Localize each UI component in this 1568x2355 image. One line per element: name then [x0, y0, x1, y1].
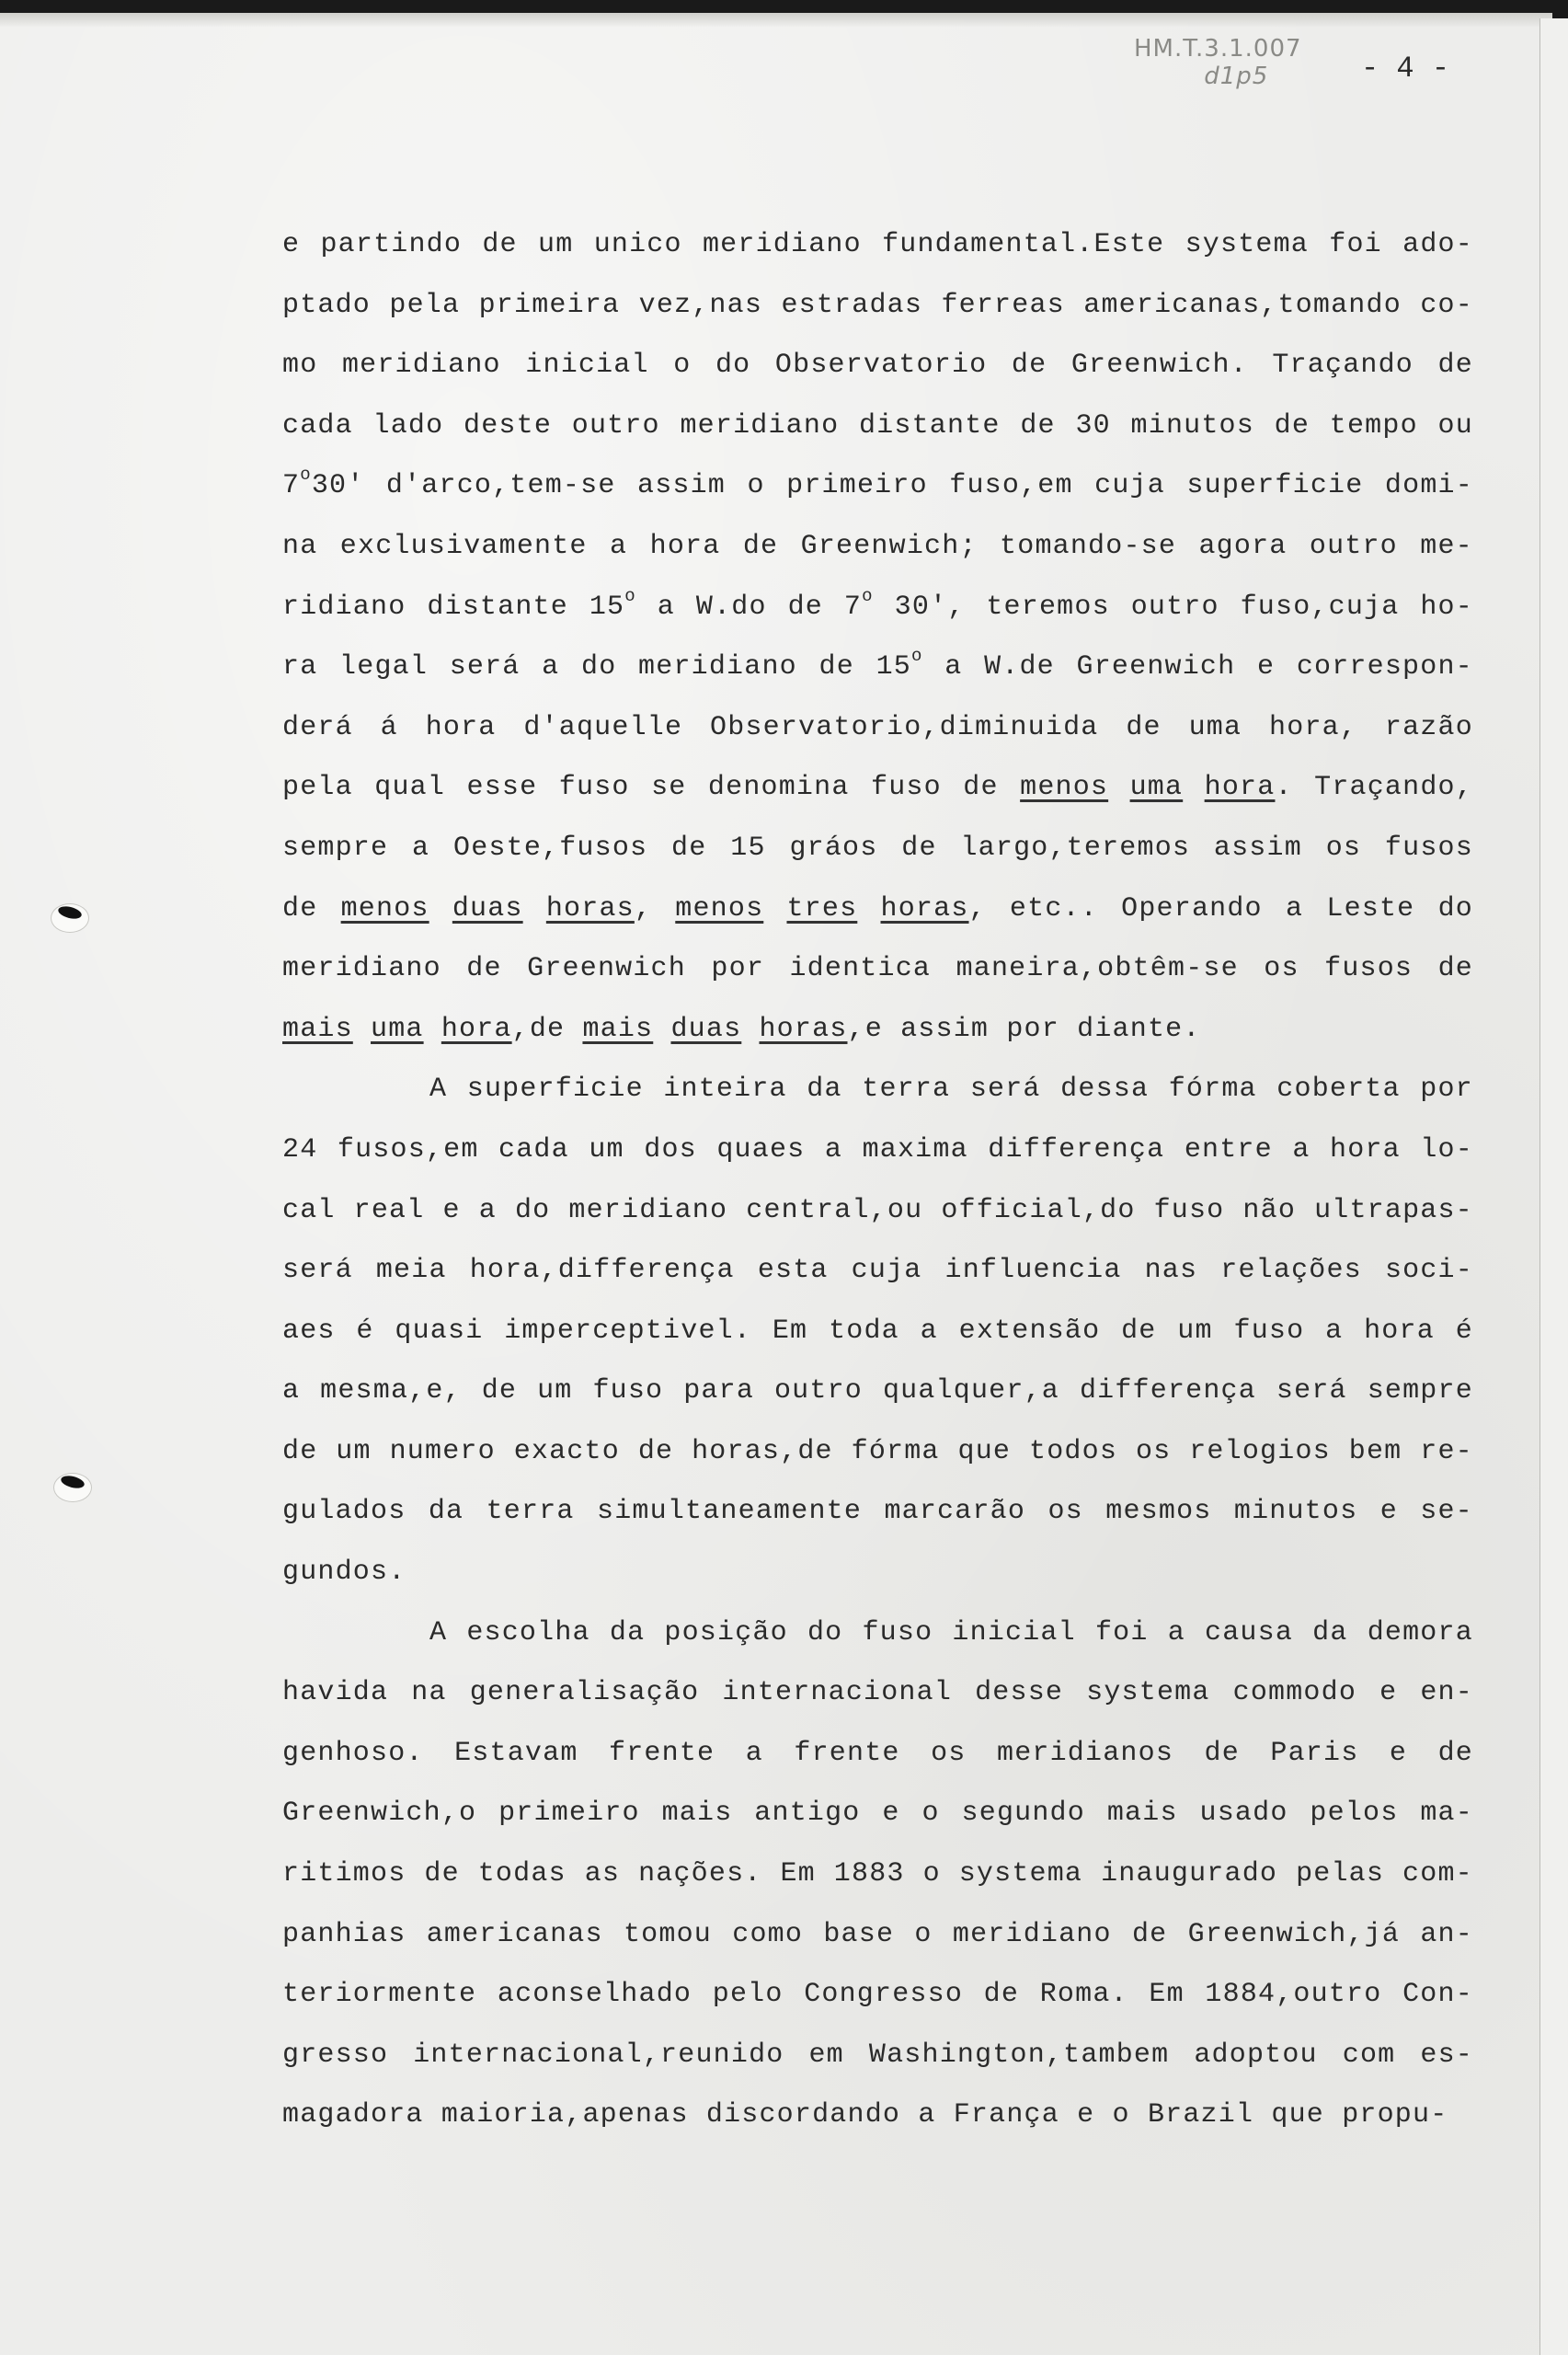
word: systema [1086, 1663, 1209, 1724]
word: horas, [881, 879, 987, 940]
word: escolha [466, 1603, 589, 1664]
word: minutos [1234, 1482, 1357, 1543]
word: adoptou [1194, 2026, 1317, 2086]
word: agora [1198, 517, 1287, 578]
text-line-content: naexclusivamenteahoradeGreenwich;tomando… [282, 517, 1473, 578]
text-line: derááhorad'aquelleObservatorio,diminuida… [282, 698, 1473, 759]
word: horas,de [692, 1422, 833, 1483]
word: hora. [1205, 758, 1293, 819]
word: com [1343, 2026, 1396, 2086]
word: Oeste,fusos [453, 819, 647, 879]
text-line: genhoso.Estavamfrenteafrenteosmeridianos… [282, 1724, 1473, 1785]
word: A [429, 1603, 447, 1664]
word: official,do [941, 1181, 1135, 1242]
word: de [819, 638, 854, 698]
word: de [1121, 1302, 1156, 1362]
word: meridiano [680, 396, 839, 457]
word: outro [1131, 578, 1219, 638]
word: meridiano [282, 939, 441, 1000]
underlined-word: tres [786, 893, 857, 925]
word: 1883 [834, 1844, 905, 1905]
word: fuso,em [949, 456, 1072, 517]
word: usado [1200, 1784, 1288, 1844]
word: a [479, 1181, 497, 1242]
word: os [1047, 1482, 1082, 1543]
text-line-content: ptadopelaprimeiravez,nasestradasferreasa… [282, 276, 1473, 337]
word: a [542, 638, 559, 698]
word: dos [644, 1120, 697, 1181]
word: fusos [1385, 819, 1473, 879]
word: esse [467, 758, 538, 819]
word: lado [373, 396, 444, 457]
text-line: Asuperficieinteiradaterraserádessafórmac… [282, 1060, 1473, 1120]
word: de [282, 879, 317, 940]
word: soci- [1385, 1241, 1473, 1302]
text-line: amesma,e,deumfusoparaoutroqualquer,adiff… [282, 1361, 1473, 1422]
word: superficie [467, 1060, 644, 1120]
word: por [1420, 1060, 1473, 1120]
word: a [282, 1361, 300, 1422]
word: estradas [781, 276, 922, 337]
word: 30', [895, 578, 966, 638]
word: os [931, 1724, 966, 1785]
typewritten-body-text: epartindodeumunicomeridianofundamental.E… [282, 215, 1473, 2146]
word: e [882, 1784, 899, 1844]
text-line-content: panhiasamericanastomoucomobaseomeridiano… [282, 1905, 1473, 1966]
word: cada [282, 396, 353, 457]
word: uma [1130, 758, 1184, 819]
word: de [984, 1965, 1019, 2026]
word: qualquer,a [883, 1361, 1059, 1422]
text-line-content: amesma,e,deumfusoparaoutroqualquer,adiff… [282, 1361, 1473, 1422]
word: inicial [525, 336, 648, 396]
word: fundamental.Este [882, 215, 1164, 276]
word: toda [829, 1302, 899, 1362]
underlined-word: menos [675, 893, 763, 925]
word: do [807, 1603, 842, 1664]
word: 1884,outro [1205, 1965, 1381, 2026]
word: um [589, 1120, 624, 1181]
word: de [482, 215, 517, 276]
word: meridiano [638, 638, 797, 698]
word: W.de [984, 638, 1055, 698]
degree-superscript: o [624, 586, 636, 606]
word: o [673, 336, 691, 396]
word: Greenwich. [1071, 336, 1248, 396]
text-line: epartindodeumunicomeridianofundamental.E… [282, 215, 1473, 276]
underlined-word: duas [670, 1014, 741, 1045]
underlined-word: menos [1020, 772, 1108, 803]
word: não [1242, 1181, 1296, 1242]
word: aconselhado [498, 1965, 692, 2026]
word: mais [662, 1784, 733, 1844]
word: de [424, 1844, 459, 1905]
word: sempre [1368, 1361, 1473, 1422]
word: ado- [1402, 215, 1473, 276]
word: superficie [1186, 456, 1363, 517]
word: exclusivamente [340, 517, 588, 578]
word: influencia [945, 1241, 1122, 1302]
word: inteira [663, 1060, 786, 1120]
word: razão [1385, 698, 1473, 759]
word: terra [486, 1482, 575, 1543]
word: hora, [1269, 698, 1357, 759]
text-line: ritimosdetodasasnações.Em1883osystemaina… [282, 1844, 1473, 1905]
text-line: panhiasamericanastomoucomobaseomeridiano… [282, 1905, 1473, 1966]
word: a [1286, 879, 1303, 940]
word: tempo [1330, 396, 1418, 457]
word: fuso [862, 1603, 933, 1664]
word: da [610, 1603, 645, 1664]
word: ritimos [282, 1844, 406, 1905]
word: outro [774, 1361, 863, 1422]
word: systema [959, 1844, 1082, 1905]
word: Traçando, [1314, 758, 1473, 819]
word: unico [594, 215, 682, 276]
underlined-word: uma [371, 1014, 424, 1045]
word: panhias [282, 1905, 406, 1966]
underlined-word: mais [282, 1014, 353, 1045]
text-line-content: magadora maioria,apenas discordando a Fr… [282, 2085, 1448, 2146]
word: é [1456, 1302, 1473, 1362]
word: do [1438, 879, 1473, 940]
word: primeiro [498, 1784, 640, 1844]
word: Greenwich,o [282, 1784, 476, 1844]
word: pelo [713, 1965, 784, 2026]
text-line-content: ridianodistante15oaW.dode7o30',teremosou… [282, 578, 1473, 638]
word: desse [975, 1663, 1063, 1724]
word: de [482, 1361, 517, 1422]
word: por [711, 939, 764, 1000]
text-line: sempreaOeste,fusosde15gráosdelargo,terem… [282, 819, 1473, 879]
word: 7o30' [282, 456, 364, 517]
text-line: deumnumeroexactodehoras,defórmaquetodoso… [282, 1422, 1473, 1483]
text-line: magadora maioria,apenas discordando a Fr… [282, 2085, 1473, 2146]
text-line-content: 7o30'd'arco,tem-seassimoprimeirofuso,emc… [282, 456, 1473, 517]
word: tres [786, 879, 857, 940]
word: se- [1420, 1482, 1473, 1543]
word: cuja [1094, 456, 1165, 517]
word: hora [1364, 1302, 1435, 1362]
word: qual [374, 758, 445, 819]
word: é [356, 1302, 373, 1362]
word: do [715, 336, 750, 396]
word: foi [1329, 215, 1382, 276]
word: Em [1149, 1965, 1184, 2026]
archive-reference-code: HM.T.3.1.007 [1134, 35, 1302, 63]
text-line: 7o30'd'arco,tem-seassimoprimeirofuso,emc… [282, 456, 1473, 517]
word: fusos,em [338, 1120, 479, 1181]
word: que [958, 1422, 1012, 1483]
underlined-word: horas [881, 893, 969, 925]
word: a [1325, 1302, 1343, 1362]
underlined-word: horas [546, 893, 635, 925]
text-line-content: serámeiahora,differençaestacujainfluenci… [282, 1241, 1473, 1302]
word: será [970, 1060, 1041, 1120]
word: base [823, 1905, 894, 1966]
word: fuso,cuja [1241, 578, 1400, 638]
text-line-content: genhoso.Estavamfrenteafrenteosmeridianos… [282, 1724, 1473, 1785]
word: relogios [1189, 1422, 1331, 1483]
word: marcarão [884, 1482, 1025, 1543]
text-line: calrealeadomeridianocentral,ouofficial,d… [282, 1181, 1473, 1242]
word: Observatorio [775, 336, 987, 396]
word: horas, [546, 879, 652, 940]
word: á [381, 698, 398, 759]
word: 7o [844, 578, 874, 638]
word: Greenwich [1077, 638, 1236, 698]
word: hora [650, 517, 721, 578]
punch-hole-icon [53, 1473, 92, 1502]
word: a [1292, 1120, 1310, 1181]
word: outro [572, 396, 660, 457]
word: se [651, 758, 686, 819]
word: meridiano [953, 1905, 1112, 1966]
archive-reference-subcode: d1p5 [1134, 63, 1302, 90]
text-line-content: demenosduashoras,menostreshoras,etc..Ope… [282, 879, 1473, 940]
word: Washington,tambem [869, 2026, 1169, 2086]
text-line: mais uma hora,de mais duas horas,e assim… [282, 1000, 1473, 1061]
word: menos [341, 879, 429, 940]
word: quasi [395, 1302, 483, 1362]
word: todas [478, 1844, 567, 1905]
word: extensão [959, 1302, 1101, 1362]
word: fórma [852, 1422, 940, 1483]
word: derá [282, 698, 353, 759]
word: Con- [1402, 1965, 1473, 2026]
word: mais [1107, 1784, 1178, 1844]
word: meridiano [342, 336, 501, 396]
word: em [808, 2026, 843, 2086]
word: gráos [789, 819, 877, 879]
word: americanas,tomando [1083, 276, 1402, 337]
word: entre [1185, 1120, 1273, 1181]
word: um [1177, 1302, 1212, 1362]
word: correspon- [1297, 638, 1473, 698]
degree-superscript: o [300, 465, 312, 485]
word: meridianos [997, 1724, 1173, 1785]
word: do [515, 1181, 550, 1242]
word: deste [464, 396, 552, 457]
word: d'aquelle [523, 698, 682, 759]
word: sempre [282, 819, 388, 879]
word: lo- [1420, 1120, 1473, 1181]
word: na [282, 517, 317, 578]
word: o [747, 456, 764, 517]
word: co- [1420, 276, 1473, 337]
word: primeiro [786, 456, 928, 517]
underlined-word: uma [1130, 772, 1184, 803]
word: numero [390, 1422, 496, 1483]
text-line: naexclusivamenteahoradeGreenwich;tomando… [282, 517, 1473, 578]
text-line: cadaladodesteoutromeridianodistantede30m… [282, 396, 1473, 457]
word: e [1380, 1482, 1398, 1543]
word: para [683, 1361, 754, 1422]
word: commodo [1233, 1663, 1356, 1724]
word: Greenwich; [801, 517, 978, 578]
word: o [914, 1905, 932, 1966]
word: a [610, 517, 627, 578]
word: cuja [852, 1241, 922, 1302]
text-line-content: aeséquasiimperceptivel.Emtodaaextensãode… [282, 1302, 1473, 1362]
word: a [944, 638, 962, 698]
text-line-content: momeridianoinicialodoObservatoriodeGreen… [282, 336, 1473, 396]
word: dessa [1060, 1060, 1149, 1120]
word: e [1257, 638, 1275, 698]
word: bem [1349, 1422, 1402, 1483]
word: etc.. [1010, 879, 1098, 940]
text-line: demenosduashoras,menostreshoras,etc..Ope… [282, 879, 1473, 940]
word: fuso [1154, 1181, 1225, 1242]
word: fusos [1324, 939, 1413, 1000]
word: teremos [986, 578, 1109, 638]
word: de [1205, 1724, 1240, 1785]
word: assim [1214, 819, 1302, 879]
word: e [1390, 1724, 1407, 1785]
word: causa [1205, 1603, 1293, 1664]
text-line-content: guladosdaterrasimultaneamentemarcarãoosm… [282, 1482, 1473, 1543]
word: de [1126, 698, 1161, 759]
word: legal [339, 638, 428, 698]
word: nas [1145, 1241, 1198, 1302]
word: cada [498, 1120, 569, 1181]
word: fuso [1234, 1302, 1305, 1362]
word: re- [1420, 1422, 1473, 1483]
word: ra [282, 638, 317, 698]
text-line-content: deumnumeroexactodehoras,defórmaquetodoso… [282, 1422, 1473, 1483]
text-line: serámeiahora,differençaestacujainfluenci… [282, 1241, 1473, 1302]
word: do [581, 638, 616, 698]
word: inicial [952, 1603, 1075, 1664]
word: e [282, 215, 300, 276]
word: Observatorio,diminuida [710, 698, 1098, 759]
word: a [658, 578, 675, 638]
word: Em [773, 1302, 807, 1362]
word: e [442, 1181, 460, 1242]
word: pelos [1310, 1784, 1398, 1844]
word: ma- [1420, 1784, 1473, 1844]
text-line-content: gressointernacional,reunidoemWashington,… [282, 2026, 1473, 2086]
word: ridiano [282, 578, 406, 638]
word: Operando [1121, 879, 1263, 940]
text-line: ridianodistante15oaW.dode7o30',teremosou… [282, 578, 1473, 638]
word: de [671, 819, 706, 879]
word: differença [988, 1120, 1164, 1181]
word: 15 [730, 819, 765, 879]
word: da [429, 1482, 464, 1543]
text-line-content: Asuperficieinteiradaterraserádessafórmac… [429, 1060, 1473, 1120]
text-line-content: 24fusos,emcadaumdosquaesamaximadifferenç… [282, 1120, 1473, 1181]
word: de [1012, 336, 1047, 396]
word: de [282, 1422, 317, 1483]
word: distante [859, 396, 1001, 457]
word: Greenwich [527, 939, 686, 1000]
word: outro [1310, 517, 1398, 578]
word: ptado [282, 276, 371, 337]
word: os [1326, 819, 1361, 879]
word: de [1275, 396, 1310, 457]
word: Leste [1326, 879, 1414, 940]
word: o [921, 1784, 939, 1844]
word: mo [282, 336, 317, 396]
word: de [743, 517, 778, 578]
word: de [466, 939, 501, 1000]
word: pela [389, 276, 460, 337]
punch-hole-icon [51, 903, 89, 933]
word: a [825, 1120, 842, 1181]
word: mesmos [1105, 1482, 1211, 1543]
word: meridiano [568, 1181, 727, 1242]
word: hora [1330, 1120, 1401, 1181]
word: menos [675, 879, 763, 940]
word: W.do [696, 578, 767, 638]
word: 15o [876, 638, 923, 698]
word: os [1264, 939, 1299, 1000]
word: assim [637, 456, 726, 517]
word: nações. [638, 1844, 761, 1905]
word: an- [1420, 1905, 1473, 1966]
text-line: teriormenteaconselhadopeloCongressodeRom… [282, 1965, 1473, 2026]
word: fuso [871, 758, 942, 819]
word: meridiano [703, 215, 862, 276]
word: distante [427, 578, 568, 638]
word: maxima [863, 1120, 968, 1181]
underlined-word: duas [452, 893, 523, 925]
text-line-content: Greenwich,oprimeiromaisantigoeosegundoma… [282, 1784, 1473, 1844]
word: terra [862, 1060, 950, 1120]
underlined-word: hora [1205, 772, 1276, 803]
word: maneira,obtêm-se [956, 939, 1239, 1000]
word: de [1132, 1905, 1167, 1966]
word: de [1438, 1724, 1473, 1785]
word: genhoso. [282, 1724, 424, 1785]
word: a [746, 1724, 763, 1785]
word: Estavam [454, 1724, 578, 1785]
page-top-edge-shadow [0, 13, 1552, 28]
word: minutos [1131, 396, 1254, 457]
text-line: gundos. [282, 1543, 1473, 1603]
word: será [450, 638, 521, 698]
text-line-content: epartindodeumunicomeridianofundamental.E… [282, 215, 1473, 276]
text-line: ralegalseráadomeridianode15oaW.deGreenwi… [282, 638, 1473, 698]
text-line: momeridianoinicialodoObservatoriodeGreen… [282, 336, 1473, 396]
word: da [1312, 1603, 1347, 1664]
text-line: gressointernacional,reunidoemWashington,… [282, 2026, 1473, 2086]
page-number: - 4 - [1361, 52, 1449, 86]
word: meia [376, 1241, 447, 1302]
word: vez,nas [639, 276, 762, 337]
word: partindo [320, 215, 462, 276]
underlined-word: hora [441, 1014, 512, 1045]
word: tomando-se [1000, 517, 1176, 578]
word: en- [1420, 1663, 1473, 1724]
word: da [807, 1060, 841, 1120]
word: a [921, 1302, 938, 1362]
word: Traçando [1272, 336, 1413, 396]
text-line: meridianodeGreenwichporidenticamaneira,o… [282, 939, 1473, 1000]
text-line: guladosdaterrasimultaneamentemarcarãoosm… [282, 1482, 1473, 1543]
word: havida [282, 1663, 388, 1724]
word: ho- [1420, 578, 1473, 638]
text-line-content: ralegalseráadomeridianode15oaW.deGreenwi… [282, 638, 1473, 698]
word: com- [1402, 1844, 1473, 1905]
word: d'arco,tem-se [386, 456, 616, 517]
text-line-content: teriormenteaconselhadopeloCongressodeRom… [282, 1965, 1473, 2026]
word: demora [1368, 1603, 1473, 1664]
archive-reference-annotation: HM.T.3.1.007 d1p5 [1134, 35, 1302, 90]
word: frente [609, 1724, 715, 1785]
word: primeira [479, 276, 621, 337]
